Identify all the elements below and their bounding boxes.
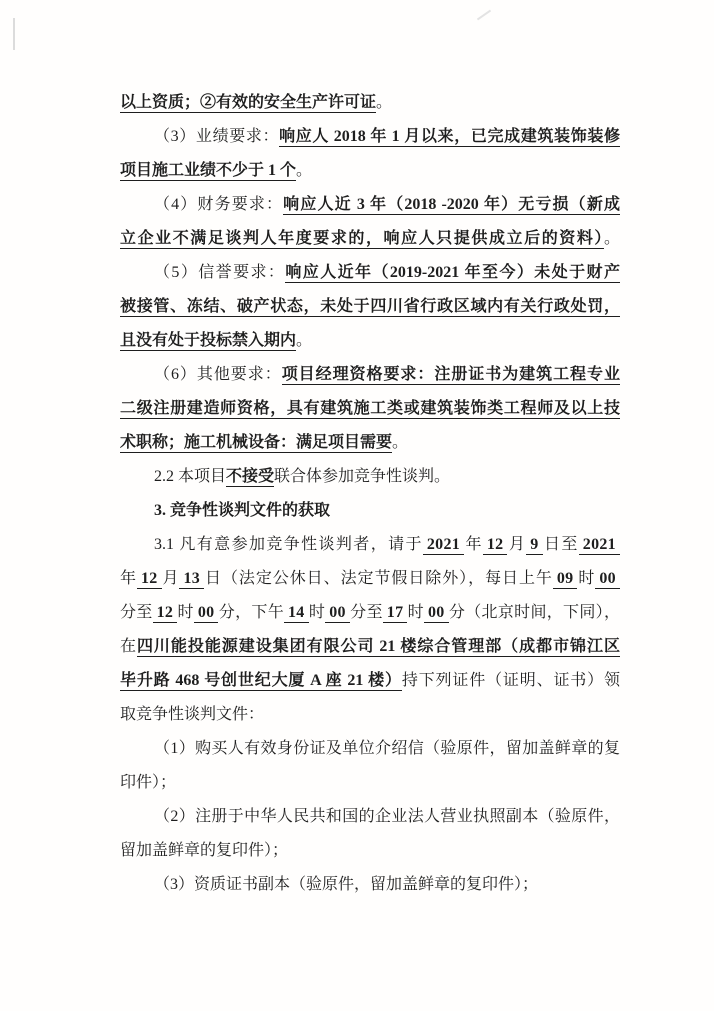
text-segment: 2021: [579, 536, 620, 555]
text-line: 在四川能投能源建设集团有限公司 21 楼综合管理部（成都市锦江区: [120, 630, 620, 664]
text-segment: 且没有处于投标禁入期内: [120, 332, 296, 351]
text-segment: 响应人 2018 年 1 月以来，已完成建筑装饰装修: [279, 128, 620, 147]
text-segment: 取竞争性谈判文件：: [120, 706, 264, 723]
text-segment: 分至: [350, 604, 383, 621]
text-segment: 12: [483, 536, 508, 555]
text-segment: 以上资质；②有效的安全生产许可证: [120, 94, 376, 113]
text-segment: 时: [309, 604, 326, 621]
text-line: 毕升路 468 号创世纪大厦 A 座 21 楼）持下列证件（证明、证书）领: [120, 664, 620, 698]
text-segment: 日至: [543, 536, 579, 553]
text-segment: 时: [577, 570, 595, 587]
text-segment: 时: [407, 604, 424, 621]
text-line: （1）购买人有效身份证及单位介绍信（验原件，留加盖鲜章的复: [120, 732, 620, 766]
text-segment: 在: [120, 638, 137, 655]
text-segment: 。: [296, 332, 312, 349]
text-segment: 3.1 凡有意参加竞争性谈判者，请于: [154, 536, 423, 553]
text-segment: 。: [604, 230, 620, 247]
text-segment: 09: [553, 570, 578, 589]
text-line: 立企业不满足谈判人年度要求的，响应人只提供成立后的资料）。: [120, 222, 620, 256]
text-segment: （2）注册于中华人民共和国的企业法人营业执照副本（验原件，: [154, 808, 620, 825]
text-segment: 立企业不满足谈判人年度要求的，响应人只提供成立后的资料）: [120, 230, 604, 249]
text-segment: 四川能投能源建设集团有限公司 21 楼综合管理部（成都市锦江区: [137, 638, 620, 657]
text-segment: （6）其他要求：: [154, 366, 282, 383]
text-segment: 日（法定公休日、法定节假日除外），每日上午: [204, 570, 553, 587]
text-segment: 12: [153, 604, 178, 623]
scan-artifact-mark: [477, 10, 491, 21]
text-line: （4）财务要求：响应人近 3 年（2018 -2020 年）无亏损（新成: [120, 188, 620, 222]
text-segment: 持下列证件（证明、证书）领: [402, 672, 620, 689]
text-segment: 项目经理资格要求：注册证书为建筑工程专业: [282, 366, 620, 385]
text-segment: 毕升路 468 号创世纪大厦 A 座 21 楼）: [120, 672, 402, 691]
text-segment: 9: [526, 536, 542, 555]
text-line: 3.1 凡有意参加竞争性谈判者，请于2021年12月9日至2021: [120, 528, 620, 562]
scan-artifact-line: [13, 18, 15, 50]
text-segment: 留加盖鲜章的复印件）；: [120, 842, 288, 859]
text-segment: 印件）；: [120, 774, 176, 791]
text-segment: 术职称；施工机械设备：满足项目需要: [120, 434, 392, 453]
text-segment: 。: [392, 434, 408, 451]
text-segment: （1）购买人有效身份证及单位介绍信（验原件，留加盖鲜章的复: [154, 740, 620, 757]
text-segment: 年: [120, 570, 137, 587]
text-segment: 项目施工业绩不少于 1 个: [120, 162, 296, 181]
text-segment: 联合体参加竞争性谈判。: [274, 468, 450, 485]
text-line: 被接管、冻结、破产状态，未处于四川省行政区域内有关行政处罚，: [120, 290, 620, 324]
document-content: 以上资质；②有效的安全生产许可证。（3）业绩要求：响应人 2018 年 1 月以…: [120, 86, 620, 902]
text-segment: 。: [296, 162, 312, 179]
text-line: （3）资质证书副本（验原件，留加盖鲜章的复印件）；: [120, 868, 620, 902]
text-line: 以上资质；②有效的安全生产许可证。: [120, 86, 620, 120]
text-segment: 3. 竞争性谈判文件的获取: [154, 502, 330, 519]
text-segment: 00: [595, 570, 620, 589]
text-segment: 响应人近 3 年（2018 -2020 年）无亏损（新成: [283, 196, 620, 215]
text-segment: 00: [424, 604, 449, 623]
text-line: （6）其他要求：项目经理资格要求：注册证书为建筑工程专业: [120, 358, 620, 392]
text-line: 取竞争性谈判文件：: [120, 698, 620, 732]
text-line: 2.2 本项目不接受联合体参加竞争性谈判。: [120, 460, 620, 494]
text-line: （2）注册于中华人民共和国的企业法人营业执照副本（验原件，: [120, 800, 620, 834]
text-segment: 分（北京时间，下同），: [449, 604, 620, 621]
document-page: 以上资质；②有效的安全生产许可证。（3）业绩要求：响应人 2018 年 1 月以…: [0, 0, 714, 1011]
text-line: （5）信誉要求：响应人近年（2019-2021 年至今）未处于财产: [120, 256, 620, 290]
text-segment: 月: [507, 536, 526, 553]
text-segment: 00: [194, 604, 219, 623]
text-line: 分至12时00分，下午14时00分至17时00分（北京时间，下同），: [120, 596, 620, 630]
text-line: 年12月13日（法定公休日、法定节假日除外），每日上午09时00: [120, 562, 620, 596]
text-segment: 年: [464, 536, 483, 553]
text-segment: 。: [376, 94, 392, 111]
text-line: 二级注册建造师资格，具有建筑施工类或建筑装饰类工程师及以上技: [120, 392, 620, 426]
text-line: 留加盖鲜章的复印件）；: [120, 834, 620, 868]
text-segment: （3）业绩要求：: [154, 128, 279, 145]
text-line: 印件）；: [120, 766, 620, 800]
text-segment: 12: [137, 570, 162, 589]
text-line: 项目施工业绩不少于 1 个。: [120, 154, 620, 188]
text-segment: 时: [177, 604, 194, 621]
text-segment: 13: [179, 570, 204, 589]
text-segment: 00: [325, 604, 350, 623]
text-segment: 月: [162, 570, 180, 587]
text-segment: 14: [284, 604, 309, 623]
text-segment: 2021: [423, 536, 464, 555]
text-line: （3）业绩要求：响应人 2018 年 1 月以来，已完成建筑装饰装修: [120, 120, 620, 154]
text-line: 且没有处于投标禁入期内。: [120, 324, 620, 358]
text-segment: 分，下午: [218, 604, 284, 621]
text-segment: 响应人近年（2019-2021 年至今）未处于财产: [285, 264, 620, 283]
text-segment: （5）信誉要求：: [154, 264, 285, 281]
text-segment: 被接管、冻结、破产状态，未处于四川省行政区域内有关行政处罚，: [120, 298, 620, 317]
text-segment: （4）财务要求：: [154, 196, 283, 213]
text-line: 术职称；施工机械设备：满足项目需要。: [120, 426, 620, 460]
text-segment: 2.2 本项目: [154, 468, 226, 485]
text-segment: 不接受: [226, 468, 274, 487]
text-line: 3. 竞争性谈判文件的获取: [120, 494, 620, 528]
text-segment: （3）资质证书副本（验原件，留加盖鲜章的复印件）；: [154, 876, 538, 893]
text-segment: 17: [383, 604, 408, 623]
text-segment: 二级注册建造师资格，具有建筑施工类或建筑装饰类工程师及以上技: [120, 400, 620, 419]
text-segment: 分至: [120, 604, 153, 621]
